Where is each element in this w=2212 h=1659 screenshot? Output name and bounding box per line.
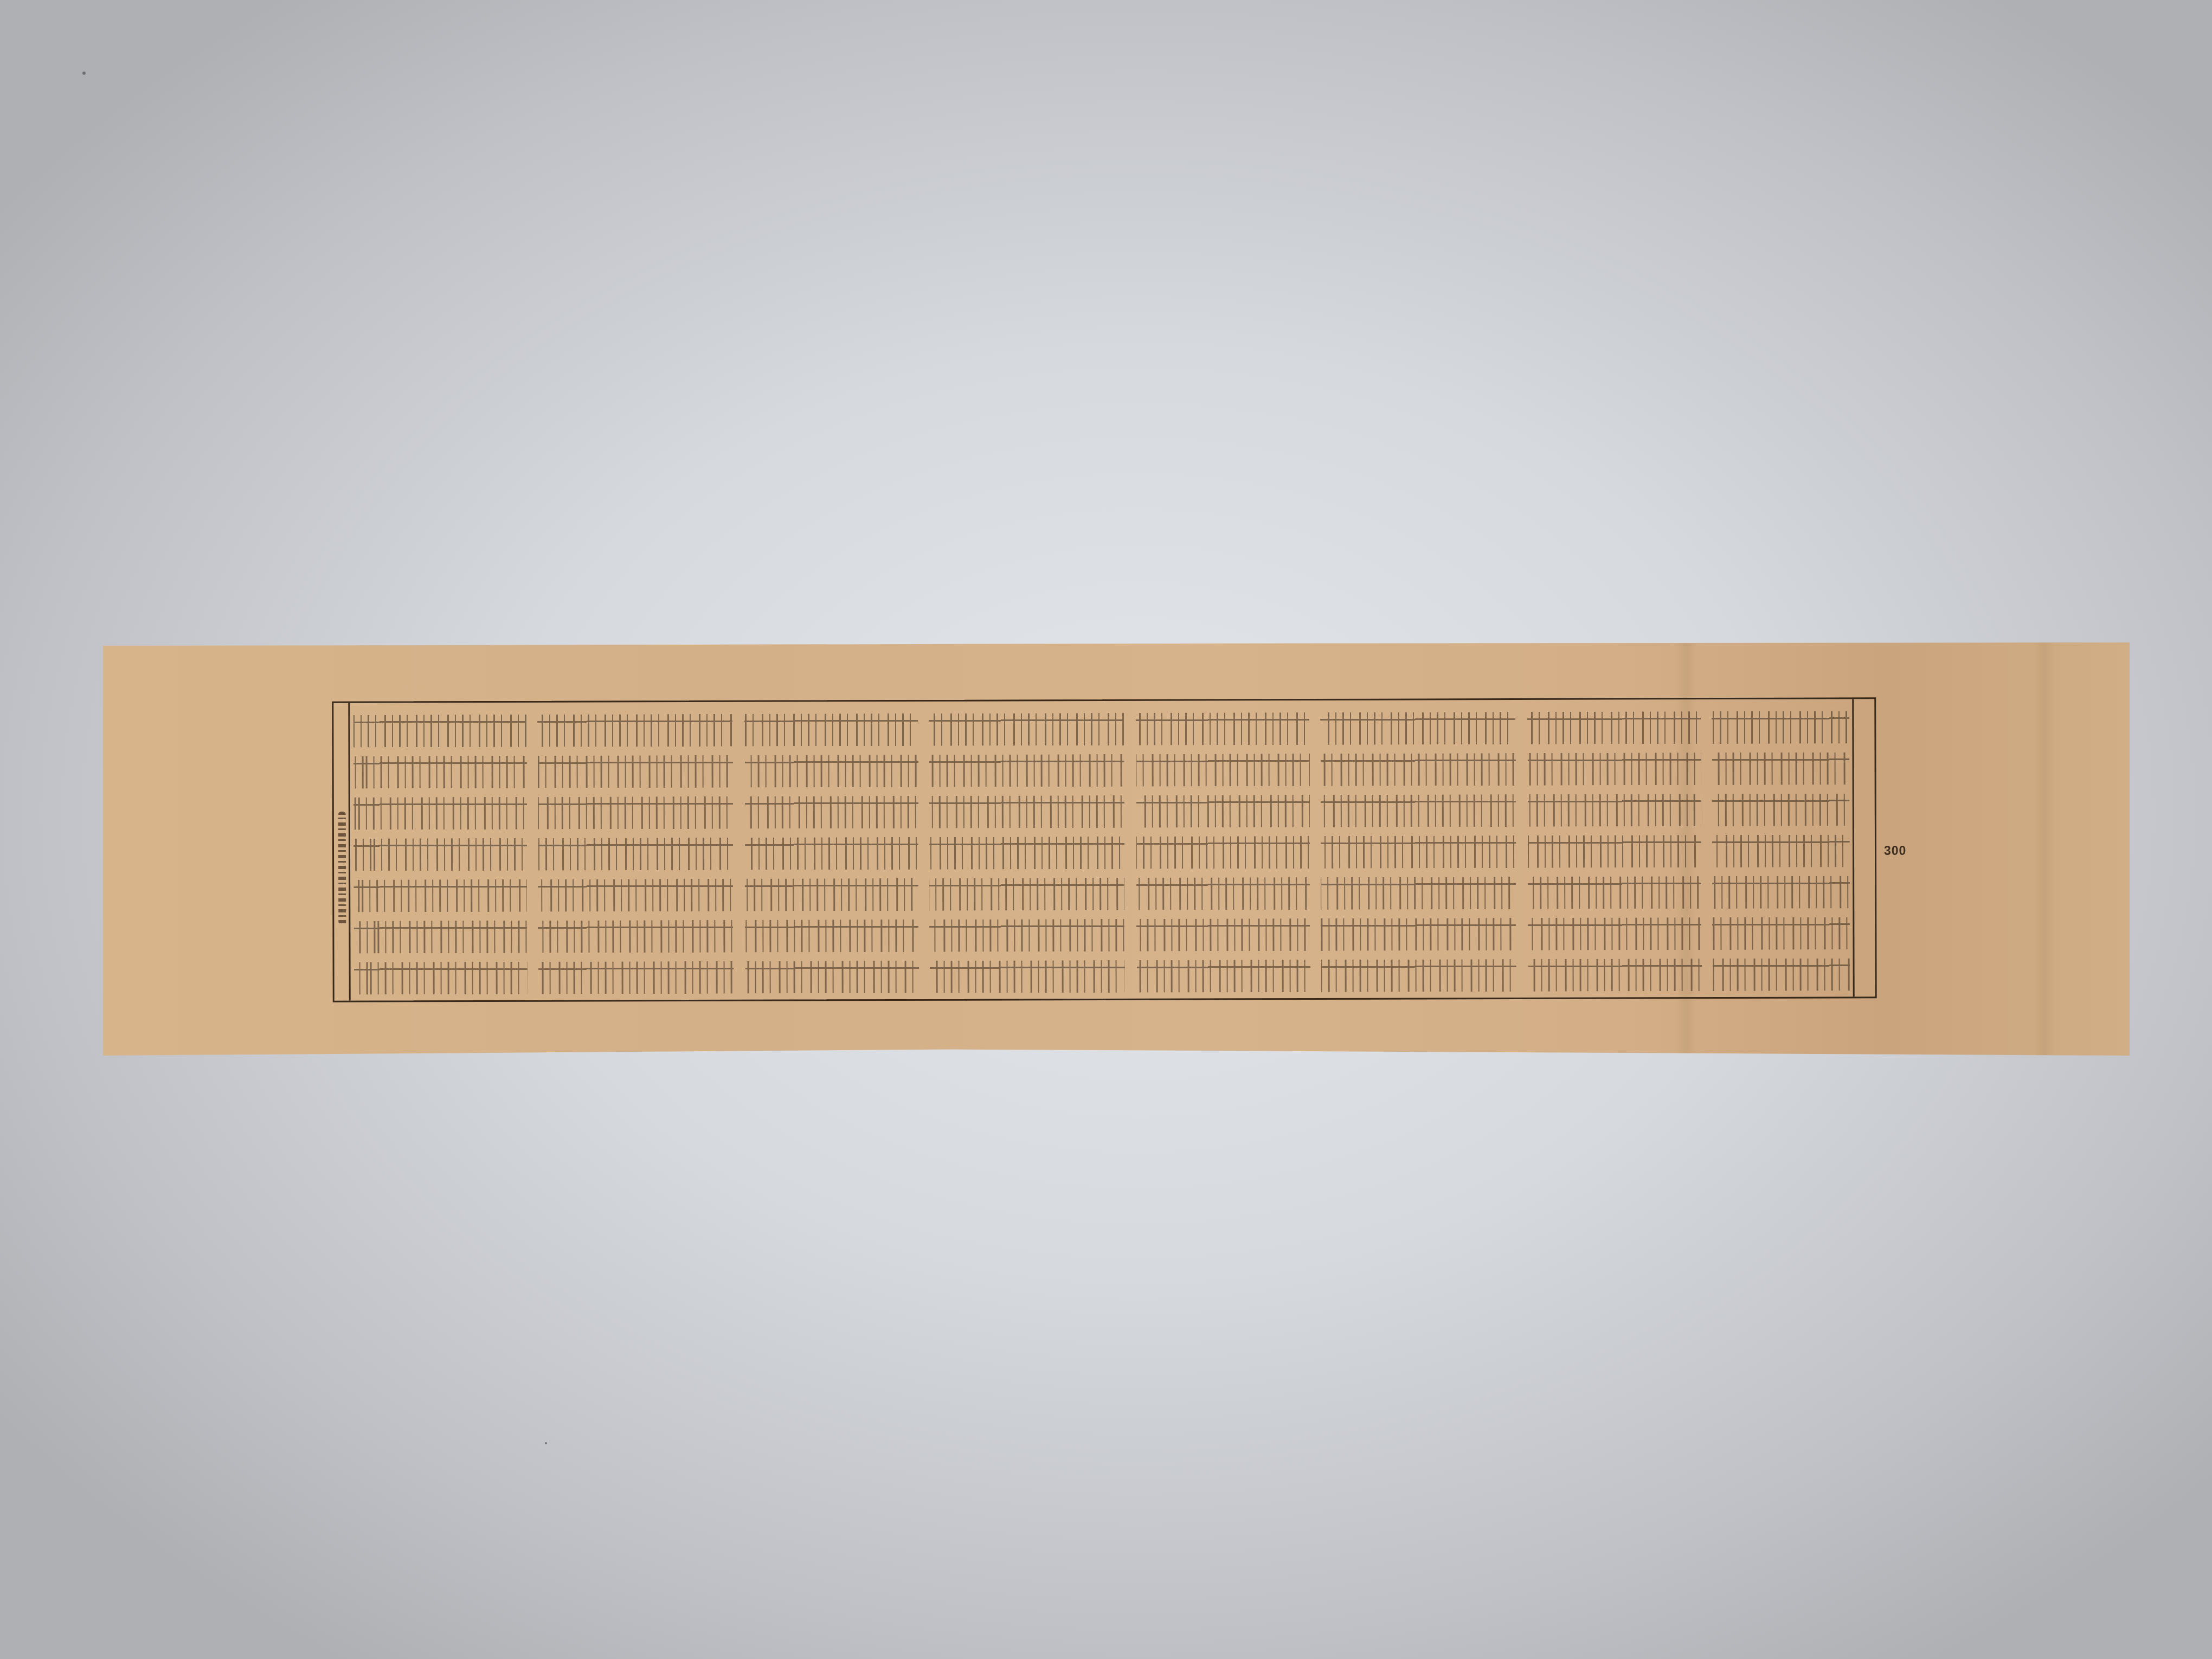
text-line-5: ཏིང་ངེ་འཛིན་ཡོངས་སུ་རྫོགས་པ་མེད་པའི་ཕ་རོ…: [353, 873, 1850, 918]
text-line-content: ངེ་འཛིན་གང་ཡིན་པ་དེ་ནི་བརྩོན་འགྲུས་ཀྱི་འ…: [354, 960, 1738, 996]
text-line-6: ཏིང་ངེ་འཛིན་གང་ཡིན་པ་དེ་ནི་ཚུལ་ཁྲིམས་ཀྱི…: [353, 915, 1850, 959]
text-line-content: པ་དེ་ཉིད་བརྩོན་འགྲུས་ཀྱི་སྟོ། །ཡིག་འབྲུ་…: [353, 712, 1849, 748]
text-line-content: ཏིང་ངེ་འཛིན་གང་ཡིན་པ་དེ་ནི་ཚུལ་ཁྲིམས་ཀྱི…: [353, 918, 1770, 955]
paper-fold: [2033, 642, 2055, 1056]
margin-title-label: ཤེར་ཕྱིན་: [336, 812, 349, 925]
text-line-content: ཏིང་ངེ་འཛིན་ཡོངས་སུ་རྫོགས་པ་མེད་པའི་ཕ་རོ…: [353, 877, 1835, 913]
text-line-1: པ་དེ་ཉིད་བརྩོན་འགྲུས་ཀྱི་སྟོ། །ཡིག་འབྲུ་…: [353, 709, 1849, 753]
pecha-folio: ཤེར་ཕྱིན་ པ་དེ་ཉིད་བརྩོན་འགྲུས་ཀྱི་སྟོ། …: [103, 642, 2130, 1056]
dust-speck: [545, 1442, 547, 1444]
text-line-content: པ་མེད་པའི་ཕ་རོལ་ཏུ་ཕྱིན་པ་དྲུག་གོ། །དེ་ལ…: [353, 753, 1848, 789]
text-line-3: པ་གང་ཡིན་པ་དེ་ནི་རྒྱུ་འཁྲིམས་ཀྱི་སྟེ། །ཤ…: [353, 791, 1850, 835]
text-line-content: དྲན་པ་གང་ཡིན་པ་དེ་ནི་བསམ་གཏན་གྱི་འོ། །ཡོ…: [353, 836, 1785, 872]
text-block: པ་དེ་ཉིད་བརྩོན་འགྲུས་ཀྱི་སྟོ། །ཡིག་འབྲུ་…: [353, 709, 1850, 993]
right-margin-rule: [1852, 699, 1854, 996]
text-line-2: པ་མེད་པའི་ཕ་རོལ་ཏུ་ཕྱིན་པ་དྲུག་གོ། །དེ་ལ…: [353, 750, 1850, 794]
text-line-content: པ་གང་ཡིན་པ་དེ་ནི་རྒྱུ་འཁྲིམས་ཀྱི་སྟེ། །ཤ…: [353, 795, 1745, 831]
folio-number: 300: [1884, 844, 1906, 858]
left-margin-rule: [348, 703, 350, 1001]
text-frame: ཤེར་ཕྱིན་ པ་དེ་ཉིད་བརྩོན་འགྲུས་ཀྱི་སྟོ། …: [332, 697, 1876, 1002]
text-line-4: དྲན་པ་གང་ཡིན་པ་དེ་ནི་བསམ་གཏན་གྱི་འོ། །ཡོ…: [353, 832, 1850, 877]
margin-title-ink: [338, 812, 346, 925]
text-line-7: ངེ་འཛིན་གང་ཡིན་པ་དེ་ནི་བརྩོན་འགྲུས་ཀྱི་འ…: [354, 956, 1850, 1000]
dust-speck: [82, 72, 86, 75]
